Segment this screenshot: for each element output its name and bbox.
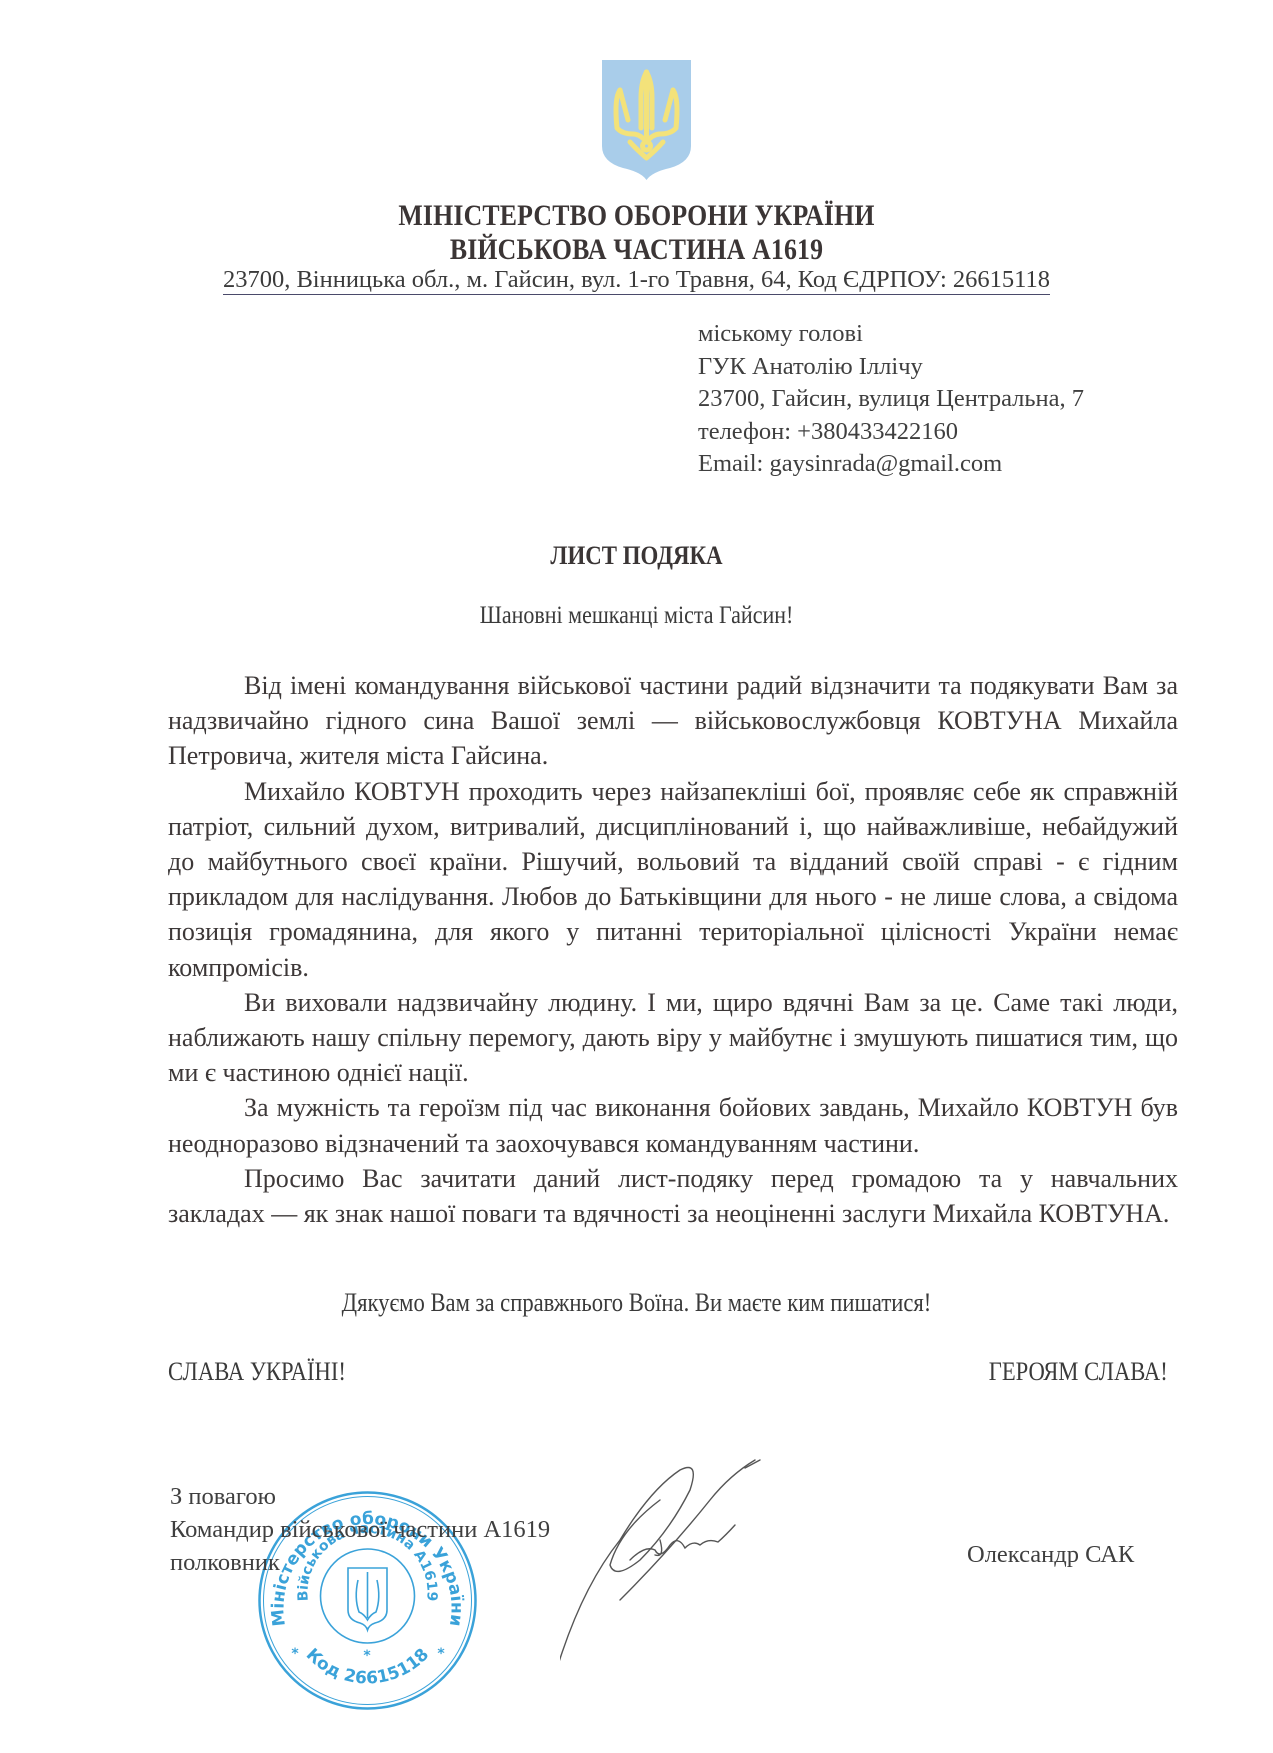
signer-name: Олександр САК (967, 1541, 1134, 1569)
letter-title: ЛИСТ ПОДЯКА (76, 541, 1196, 571)
ukraine-coat-of-arms-icon (600, 58, 693, 182)
letter-greeting: Шановні мешканці міста Гайсин! (76, 602, 1196, 630)
recipient-address: 23700, Гайсин, вулиця Центральна, 7 (698, 383, 1084, 416)
closing-regards: З повагою (170, 1480, 550, 1513)
svg-text:*: * (437, 1646, 445, 1662)
recipient-phone: телефон: +380433422160 (698, 416, 1084, 449)
letter-body: Від імені командування військової частин… (168, 668, 1178, 1231)
svg-text:*: * (363, 1648, 371, 1664)
military-unit-name: ВІЙСЬКОВА ЧАСТИНА А1619 (89, 233, 1184, 267)
recipient-title: міському голові (698, 318, 1084, 351)
recipient-email: Email: gaysinrada@gmail.com (698, 448, 1084, 481)
recipient-name: ГУК Анатолію Іллічу (698, 351, 1084, 384)
body-paragraph: Михайло КОВТУН проходить через найзапекл… (168, 774, 1178, 985)
closing-block: З повагою Командир військової частини А1… (170, 1480, 550, 1579)
slogan-right: ГЕРОЯМ СЛАВА! (989, 1357, 1168, 1387)
sender-address: 23700, Вінницька обл., м. Гайсин, вул. 1… (0, 266, 1273, 294)
slogan-left: СЛАВА УКРАЇНІ! (168, 1357, 346, 1387)
thanks-line: Дякуємо Вам за справжнього Воїна. Ви має… (83, 1288, 1191, 1318)
body-paragraph: Просимо Вас зачитати даний лист-подяку п… (168, 1161, 1178, 1231)
ministry-name: МІНІСТЕРСТВО ОБОРОНИ УКРАЇНИ (89, 199, 1184, 233)
signer-position: Командир військової частини А1619 (170, 1513, 550, 1546)
body-paragraph: Від імені командування військової частин… (168, 668, 1178, 774)
recipient-block: міському голові ГУК Анатолію Іллічу 2370… (698, 318, 1084, 481)
signer-rank: полковник (170, 1546, 550, 1579)
body-paragraph: Ви виховали надзвичайну людину. І ми, щи… (168, 985, 1178, 1091)
handwritten-signature-icon (560, 1430, 860, 1690)
body-paragraph: За мужність та героїзм під час виконання… (168, 1090, 1178, 1160)
sender-address-text: 23700, Вінницька обл., м. Гайсин, вул. 1… (223, 266, 1050, 295)
svg-text:*: * (291, 1646, 299, 1662)
